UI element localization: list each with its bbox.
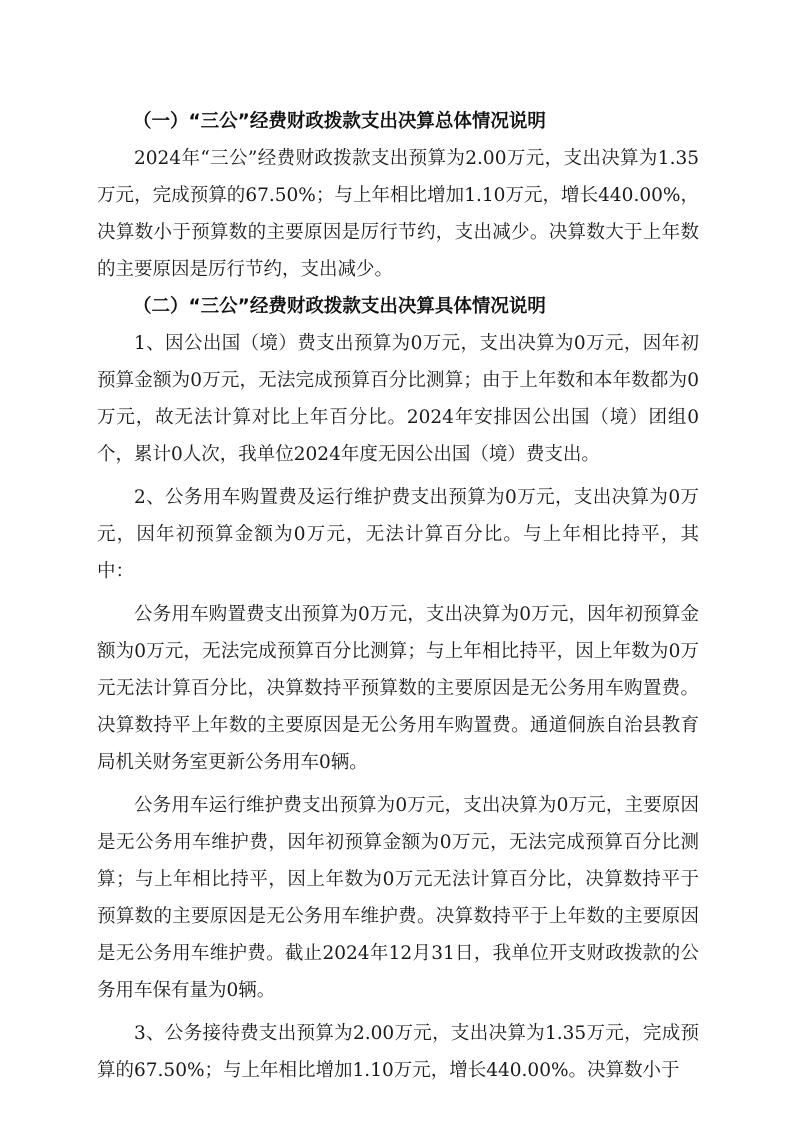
paragraph-overseas-travel: 1、因公出国（境）费支出预算为0万元，支出决算为0万元，因年初预算金额为0万元，… [97,325,699,473]
paragraph-vehicle-purchase: 公务用车购置费支出预算为0万元，支出决算为0万元，因年初预算金额为0万元，无法完… [97,596,699,781]
paragraph-overall-summary: 2024年“三公”经费财政拨款支出预算为2.00万元，支出决算为1.35万元，完… [97,140,699,288]
paragraph-vehicle-total: 2、公务用车购置费及运行维护费支出预算为0万元，支出决算为0万元，因年初预算金额… [97,479,699,590]
section-heading-overall: （一）“三公”经费财政拨款支出决算总体情况说明 [97,103,699,140]
section-heading-details: （二）“三公”经费财政拨款支出决算具体情况说明 [97,288,699,325]
paragraph-reception: 3、公务接待费支出预算为2.00万元，支出决算为1.35万元，完成预算的67.5… [97,1015,699,1089]
paragraph-vehicle-maintenance: 公务用车运行维护费支出预算为0万元，支出决算为0万元，主要原因是无公务用车维护费… [97,787,699,1009]
document-page: （一）“三公”经费财政拨款支出决算总体情况说明 2024年“三公”经费财政拨款支… [97,103,699,1089]
